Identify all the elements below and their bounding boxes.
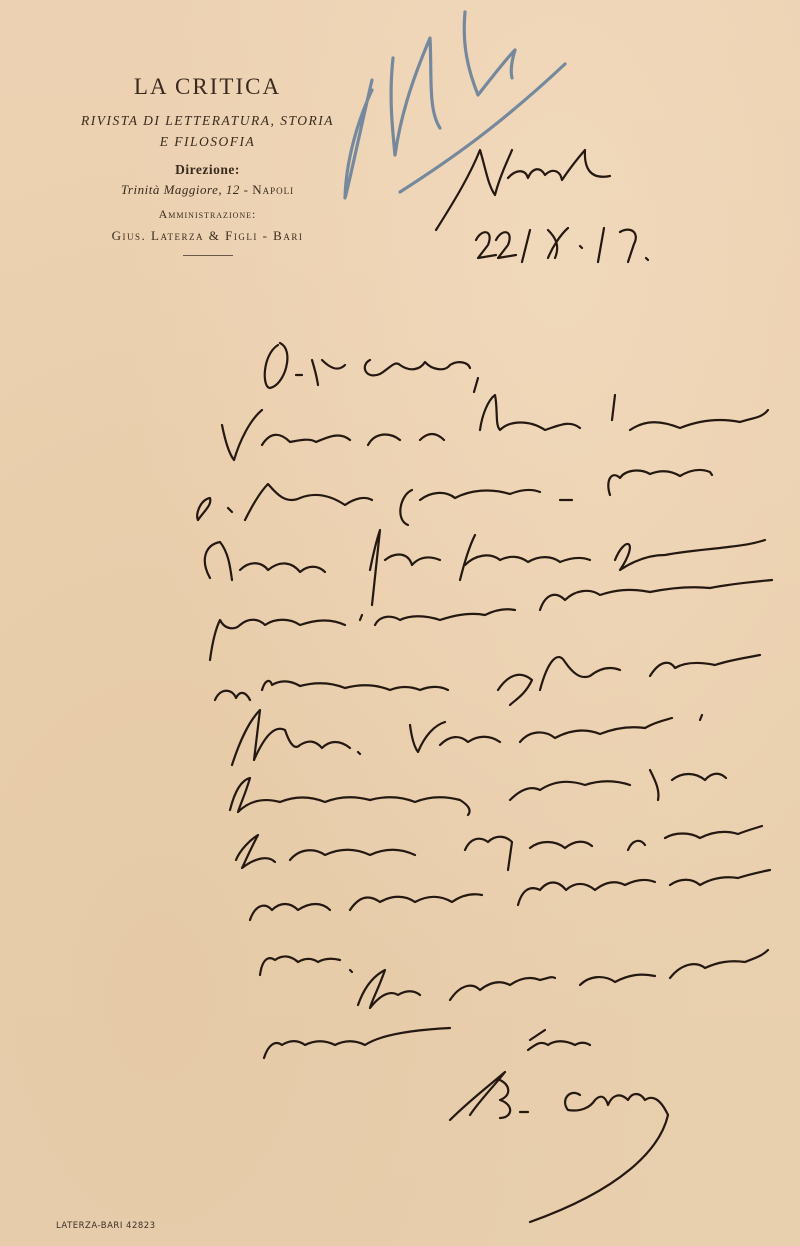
print-code: LATERZA-BARI 42823 <box>56 1221 156 1231</box>
signature-handwriting <box>450 1072 528 1120</box>
date-handwriting <box>476 232 516 258</box>
handwritten-text <box>0 0 800 1246</box>
salutation-handwriting <box>265 343 478 392</box>
place-handwriting <box>436 150 512 230</box>
